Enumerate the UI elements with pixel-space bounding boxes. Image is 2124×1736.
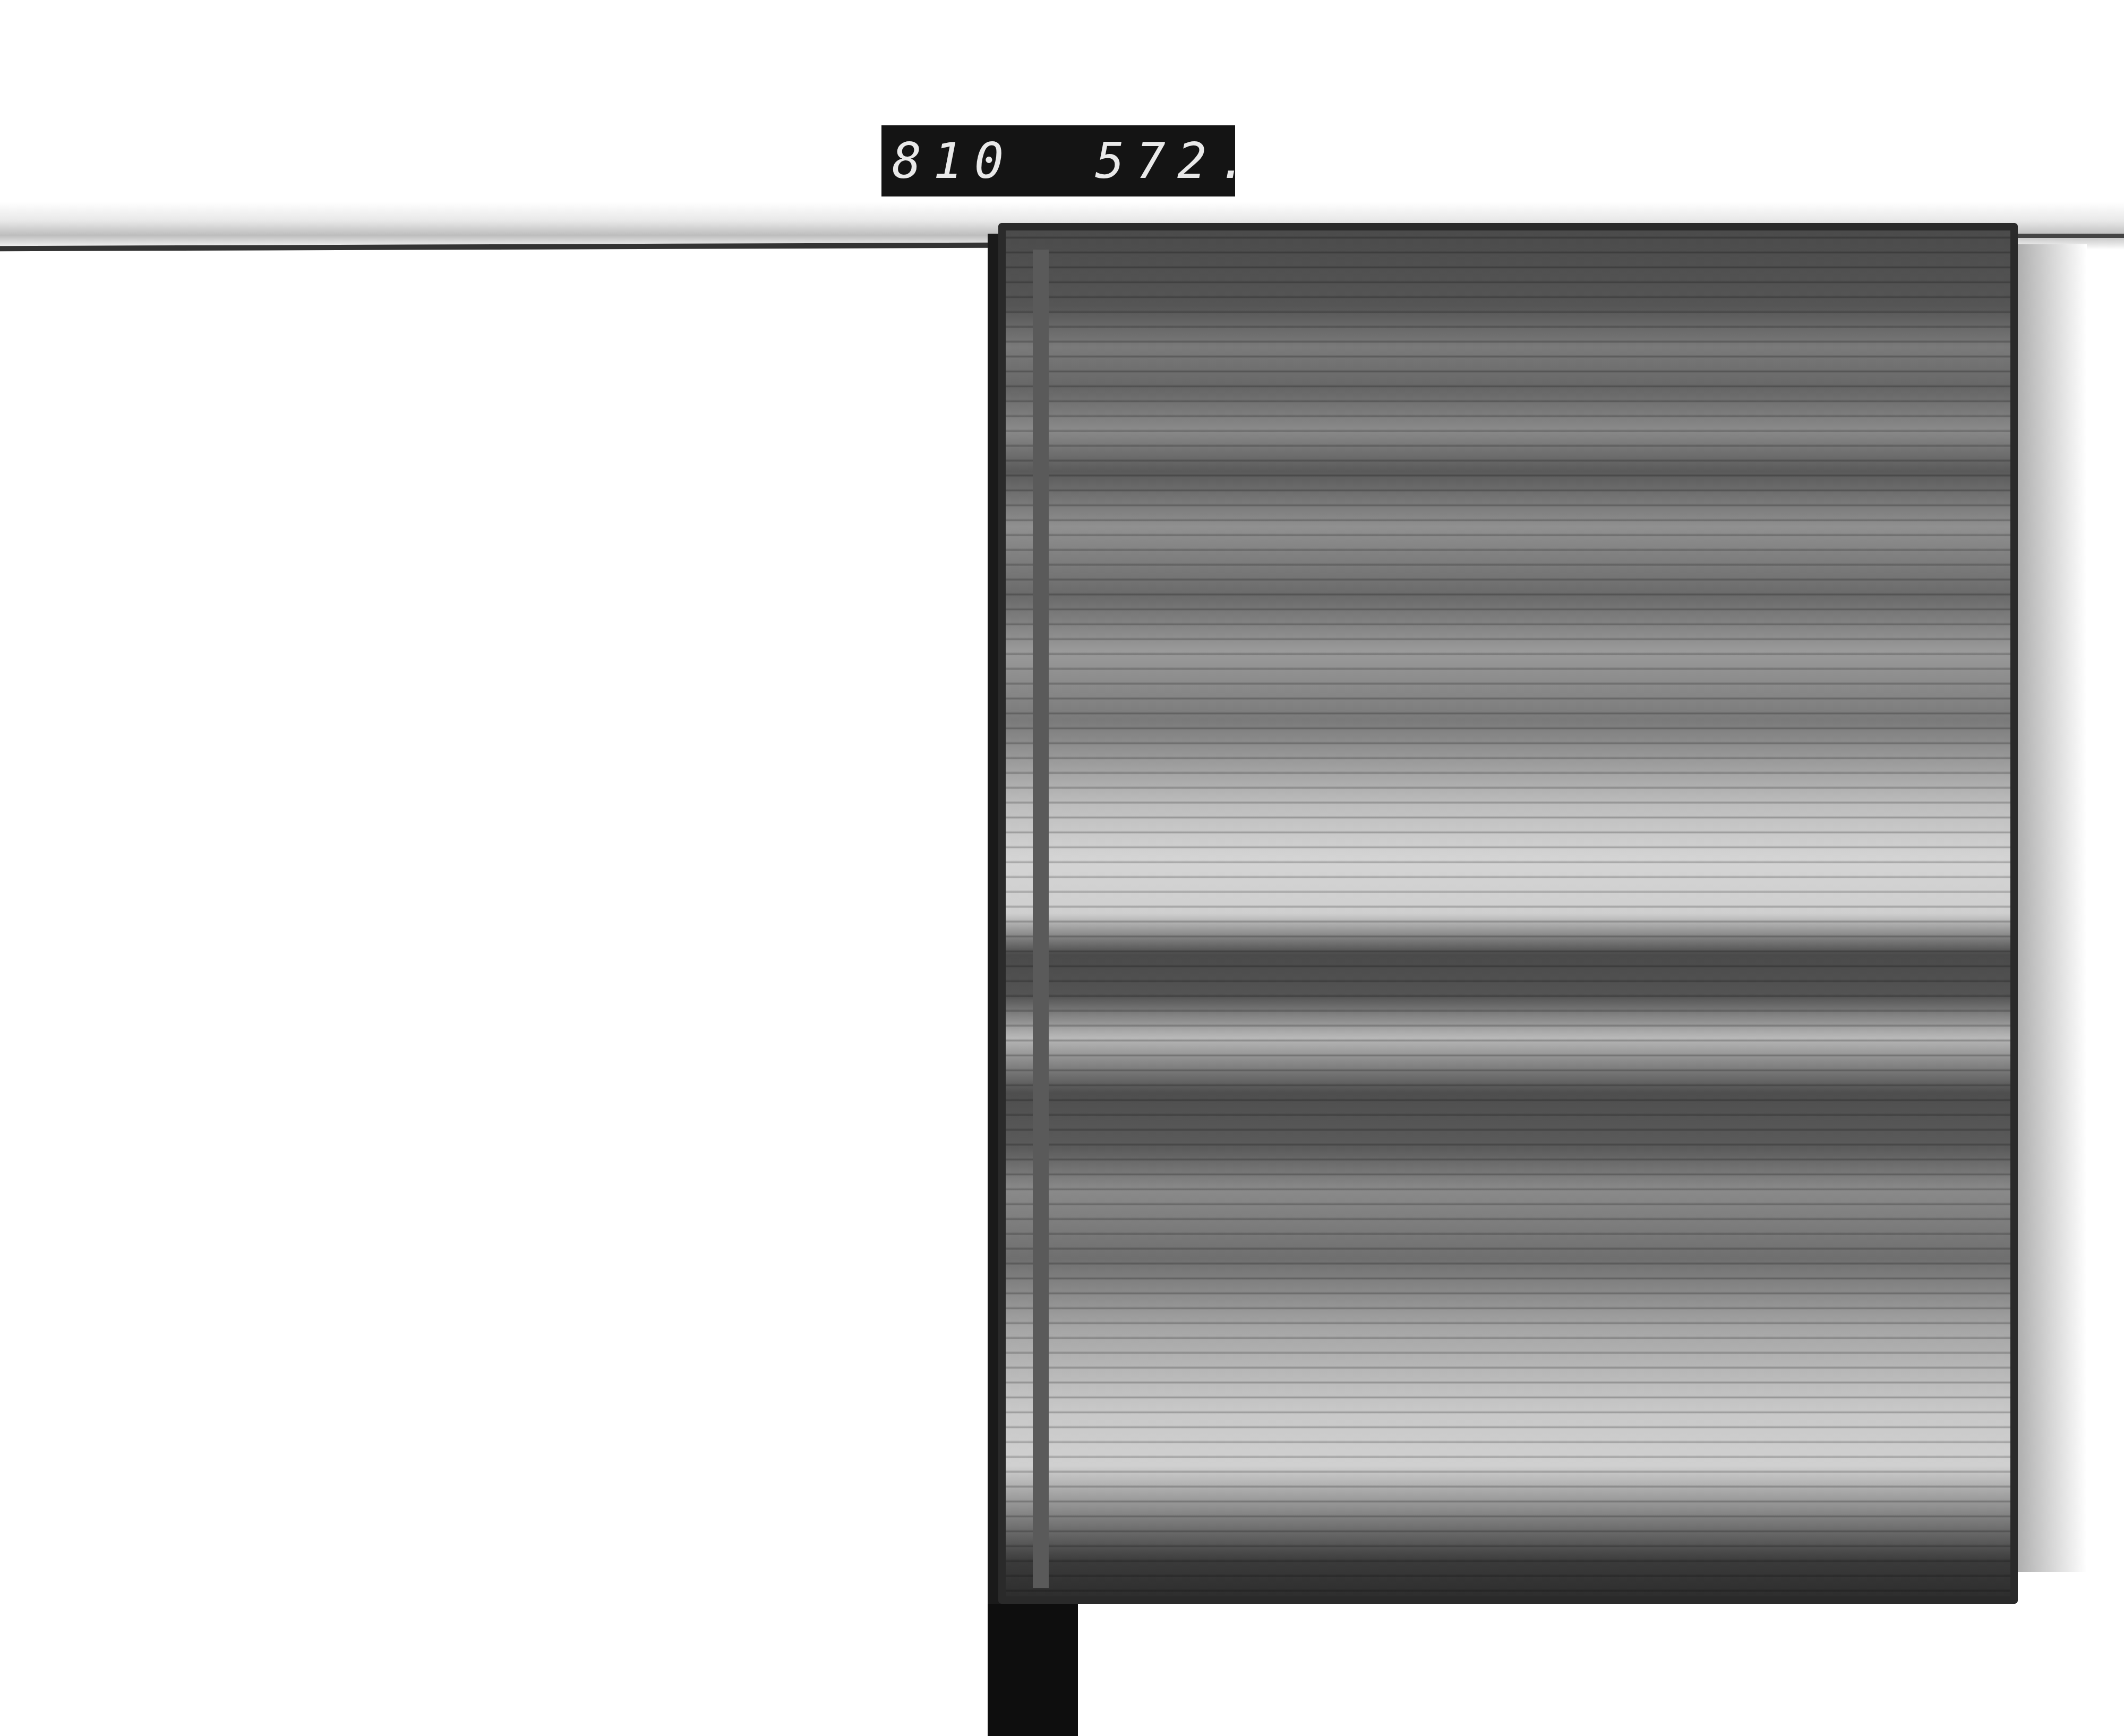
spine-hinge — [1033, 250, 1049, 1588]
page-edge-line-right — [2007, 234, 2124, 238]
book-cover — [998, 223, 2018, 1604]
reel-number-right: 572. — [1095, 133, 1260, 190]
cover-shadow — [2012, 244, 2087, 1572]
reel-number-left: 810 — [892, 133, 1015, 190]
spine-bottom — [988, 1604, 1078, 1736]
reel-number-label: 810 572. — [881, 125, 1235, 196]
